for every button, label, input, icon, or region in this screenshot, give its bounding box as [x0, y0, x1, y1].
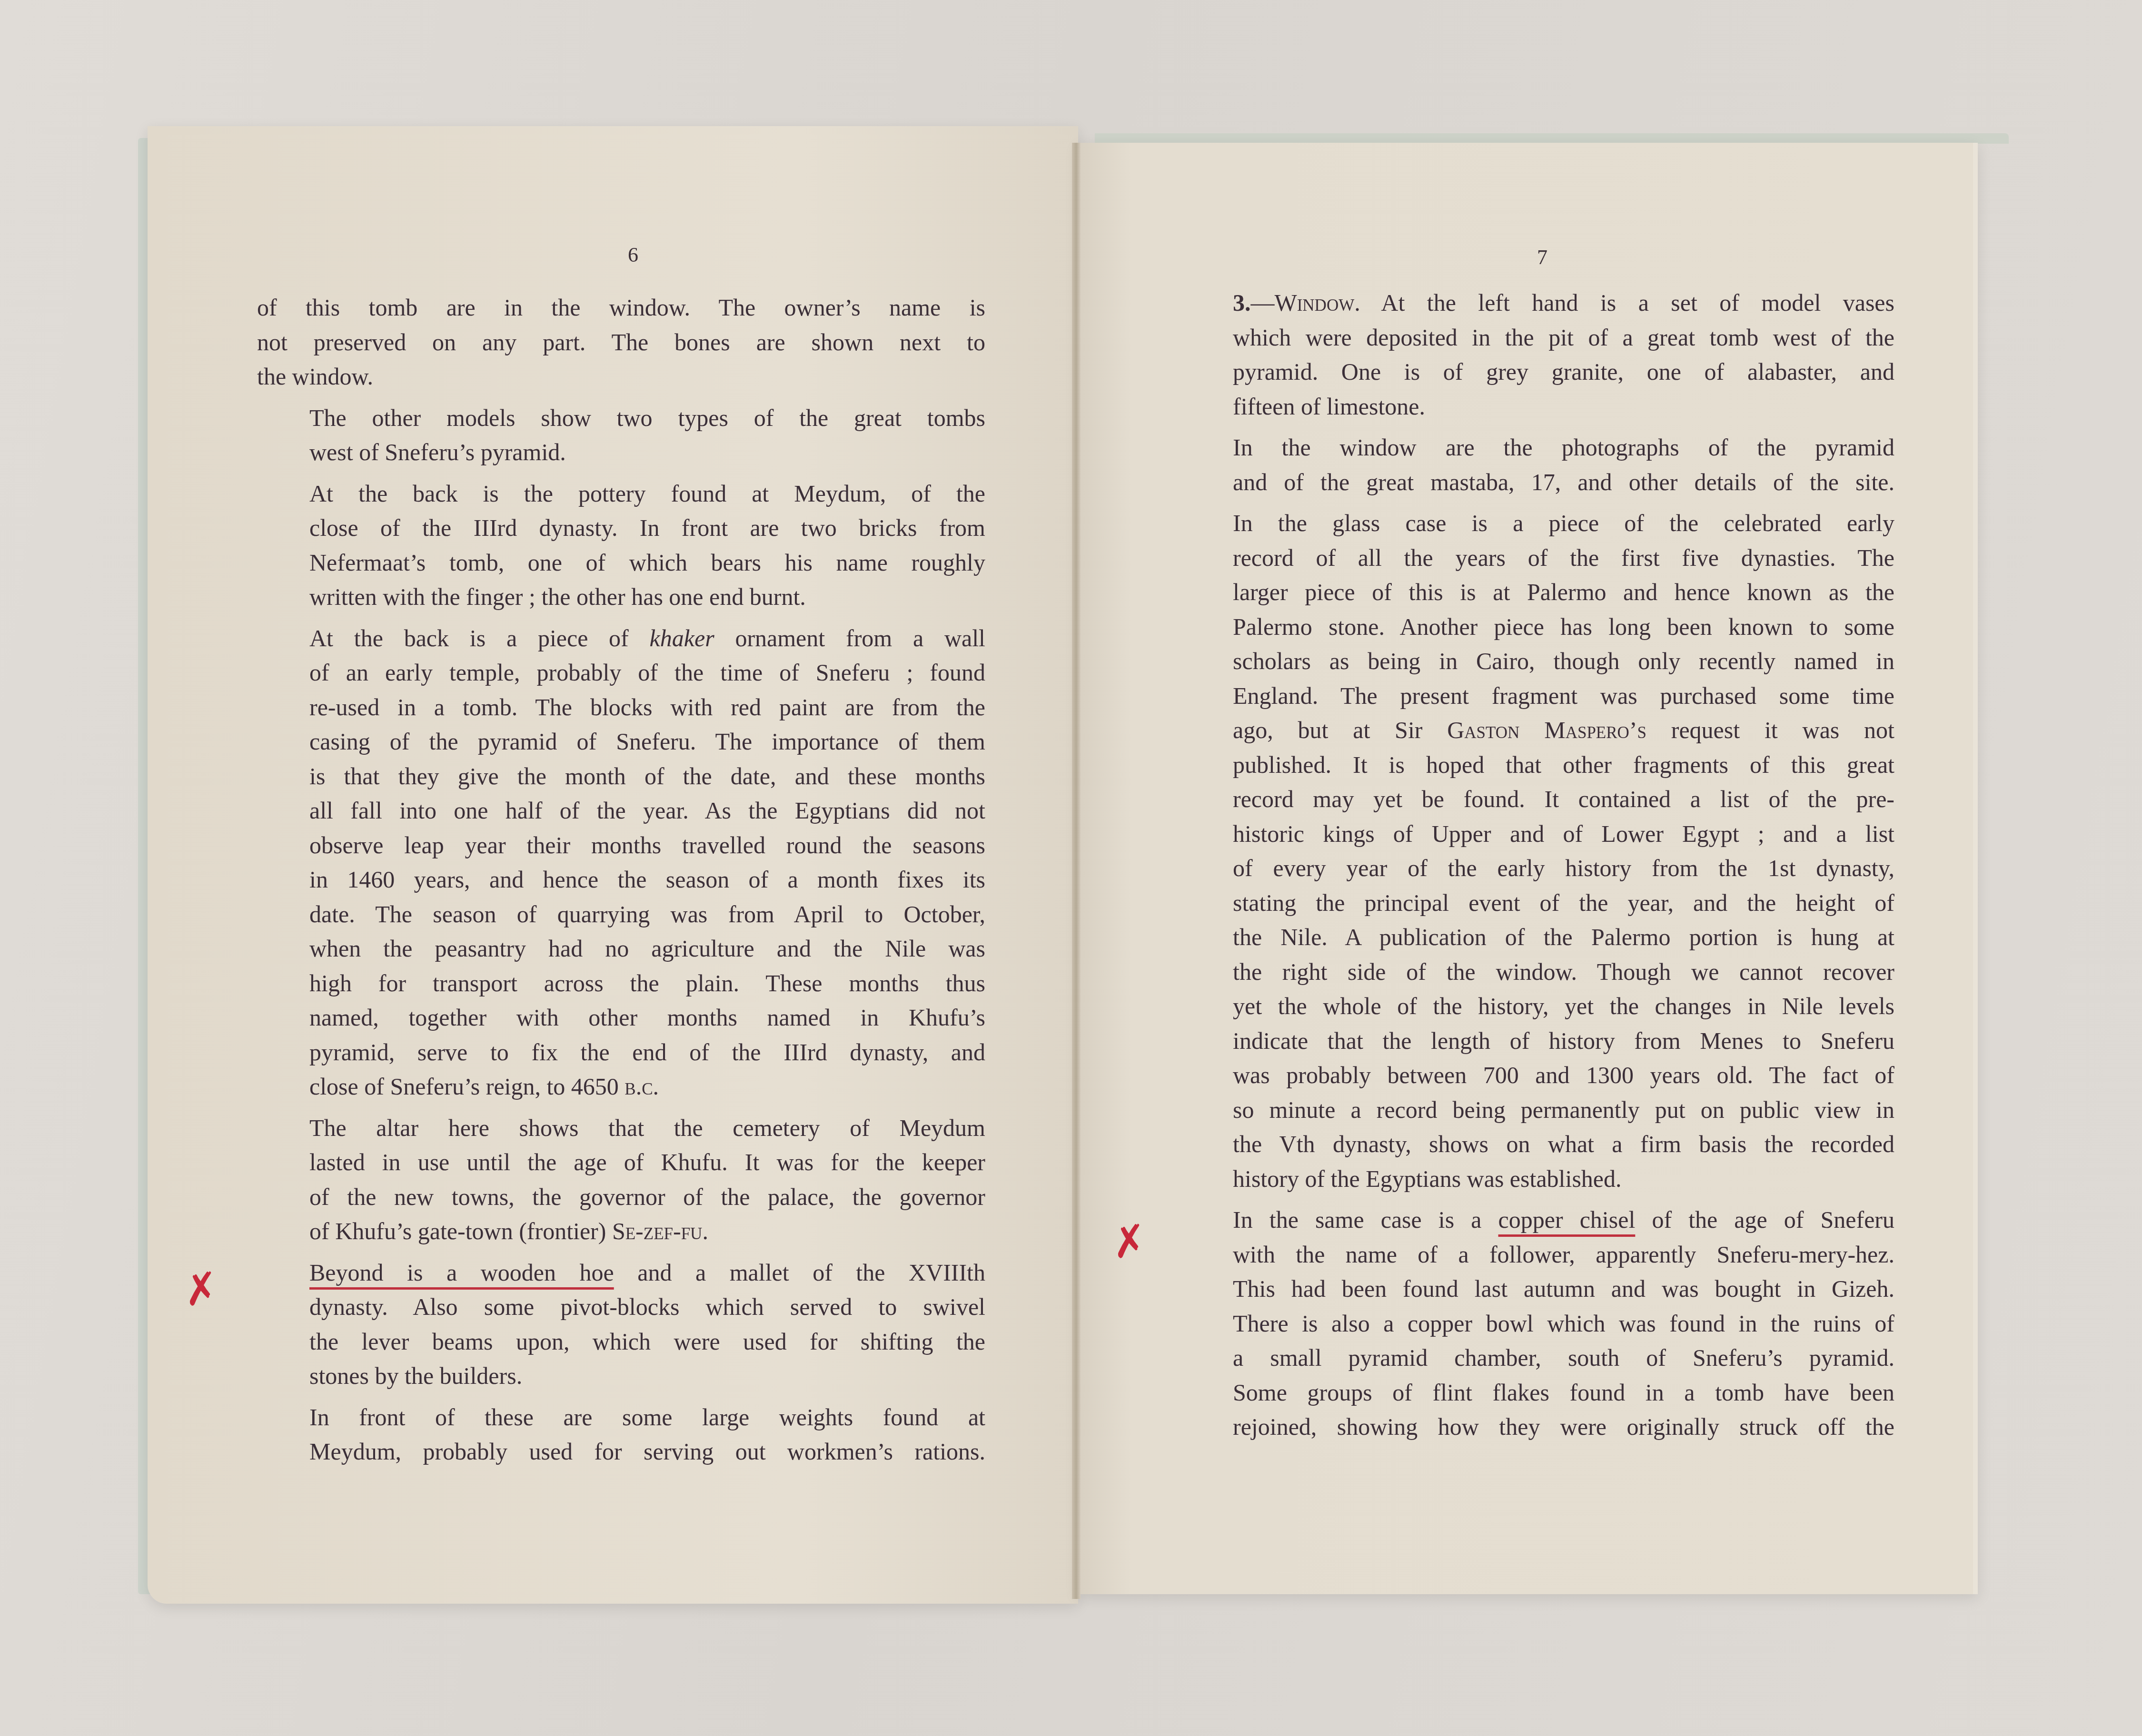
- text-line: stones by the builders.: [257, 1359, 985, 1393]
- text-line: 3.—Window. At the left hand is a set of …: [1180, 286, 1894, 320]
- text-line: of Khufu’s gate-town (frontier) Se-zef-f…: [257, 1214, 985, 1249]
- text-run: At the back is a piece of: [309, 625, 650, 651]
- text-line: pyramid, serve to fix the end of the III…: [257, 1035, 985, 1070]
- text-line: The other models show two types of the g…: [257, 401, 985, 435]
- paragraph: At the back is the pottery found at Meyd…: [257, 476, 985, 614]
- text-line: ago, but at Sir Gaston Maspero’s request…: [1180, 713, 1894, 748]
- text-line: when the peasantry had no agriculture an…: [257, 931, 985, 966]
- paragraph: In the same case is a copper chisel of t…: [1180, 1203, 1894, 1444]
- text-line: Meydum, probably used for serving out wo…: [257, 1434, 985, 1469]
- paragraph: At the back is a piece of khaker ornamen…: [257, 621, 985, 1104]
- paragraph: The altar here shows that the cemetery o…: [257, 1111, 985, 1249]
- paragraph: Beyond is a wooden hoe and a mallet of t…: [257, 1255, 985, 1393]
- text-line: dynasty. Also some pivot-blocks which se…: [257, 1290, 985, 1324]
- text-line: the Vth dynasty, shows on what a firm ba…: [1180, 1127, 1894, 1162]
- red-underline-annotation: Beyond is a wooden hoe: [309, 1259, 614, 1286]
- text-line: history of the Egyptians was established…: [1180, 1162, 1894, 1196]
- text-line: This had been found last autumn and was …: [1180, 1272, 1894, 1306]
- italic-term: khaker: [650, 625, 714, 651]
- text-line: west of Sneferu’s pyramid.: [257, 435, 985, 470]
- text-line: Palermo stone. Another piece has long be…: [1180, 610, 1894, 644]
- text-line: observe leap year their months travelled…: [257, 828, 985, 863]
- red-underline-annotation: copper chisel: [1498, 1206, 1636, 1233]
- text-line: of every year of the early history from …: [1180, 851, 1894, 886]
- text-line: historic kings of Upper and of Lower Egy…: [1180, 817, 1894, 851]
- text-run: and a mallet of the XVIIIth: [614, 1259, 985, 1286]
- text-line: not preserved on any part. The bones are…: [257, 325, 985, 360]
- text-line: At the back is a piece of khaker ornamen…: [257, 621, 985, 656]
- text-line: of the new towns, the governor of the pa…: [257, 1180, 985, 1214]
- text-run: At the left hand is a set of model vases: [1360, 289, 1894, 316]
- text-line: stating the principal event of the year,…: [1180, 886, 1894, 920]
- text-line: In the window are the photographs of the…: [1180, 430, 1894, 465]
- text-line: At the back is the pottery found at Meyd…: [257, 476, 985, 511]
- text-line: record may yet be found. It contained a …: [1180, 782, 1894, 817]
- text-line: pyramid. One is of grey granite, one of …: [1180, 355, 1894, 389]
- paragraph: In the glass case is a piece of the cele…: [1180, 506, 1894, 1196]
- left-page-text: of this tomb are in the window. The owne…: [257, 290, 985, 1476]
- text-line: In front of these are some large weights…: [257, 1400, 985, 1435]
- text-line: re-used in a tomb. The blocks with red p…: [257, 690, 985, 725]
- text-line: In the same case is a copper chisel of t…: [1180, 1203, 1894, 1237]
- text-line: There is also a copper bowl which was fo…: [1180, 1306, 1894, 1341]
- text-line: In the glass case is a piece of the cele…: [1180, 506, 1894, 541]
- text-run: ornament from a wall: [714, 625, 985, 651]
- text-run: of the age of Sneferu: [1635, 1206, 1894, 1233]
- text-line: rejoined, showing how they were original…: [1180, 1410, 1894, 1444]
- text-line: high for transport across the plain. The…: [257, 966, 985, 1001]
- page-number-right: 7: [1518, 245, 1566, 269]
- text-line: named, together with other months named …: [257, 1000, 985, 1035]
- text-line: yet the whole of the history, yet the ch…: [1180, 989, 1894, 1024]
- text-line: Some groups of flint flakes found in a t…: [1180, 1375, 1894, 1410]
- text-line: casing of the pyramid of Sneferu. The im…: [257, 724, 985, 759]
- right-page-text: 3.—Window. At the left hand is a set of …: [1180, 286, 1894, 1451]
- red-cross-mark-icon: ✗: [180, 1266, 222, 1313]
- small-caps-term: b.c.: [625, 1073, 659, 1100]
- text-line: was probably between 700 and 1300 years …: [1180, 1058, 1894, 1093]
- text-run: ago, but at Sir: [1233, 717, 1447, 743]
- text-line: lasted in use until the age of Khufu. It…: [257, 1145, 985, 1180]
- text-line: all fall into one half of the year. As t…: [257, 793, 985, 828]
- paragraph: In the window are the photographs of the…: [1180, 430, 1894, 499]
- text-line: a small pyramid chamber, south of Snefer…: [1180, 1341, 1894, 1375]
- text-run: close of Sneferu’s reign, to 4650: [309, 1073, 625, 1100]
- text-run: In the same case is a: [1233, 1206, 1498, 1233]
- paragraph: In front of these are some large weights…: [257, 1400, 985, 1469]
- text-line: larger piece of this is at Palermo and h…: [1180, 575, 1894, 610]
- text-line: and of the great mastaba, 17, and other …: [1180, 465, 1894, 500]
- paragraph: of this tomb are in the window. The owne…: [257, 290, 985, 394]
- text-line: in 1460 years, and hence the season of a…: [257, 862, 985, 897]
- text-line: close of the IIIrd dynasty. In front are…: [257, 511, 985, 545]
- text-line: The altar here shows that the cemetery o…: [257, 1111, 985, 1145]
- text-line: fifteen of limestone.: [1180, 389, 1894, 424]
- section-number: 3.: [1233, 289, 1251, 316]
- back-cover-edge-right: [1095, 133, 2009, 144]
- text-line: record of all the years of the first fiv…: [1180, 541, 1894, 575]
- small-caps-name: Se-zef-fu.: [612, 1218, 708, 1244]
- text-run: request it was not: [1646, 717, 1894, 743]
- text-line: Nefermaat’s tomb, one of which bears his…: [257, 545, 985, 580]
- small-caps-name: Gaston Maspero’s: [1447, 717, 1646, 743]
- page-number-left: 6: [609, 243, 657, 267]
- text-line: close of Sneferu’s reign, to 4650 b.c.: [257, 1069, 985, 1104]
- text-line: indicate that the length of history from…: [1180, 1024, 1894, 1058]
- book-gutter: [1072, 143, 1081, 1599]
- text-line: written with the finger ; the other has …: [257, 580, 985, 614]
- text-line: which were deposited in the pit of a gre…: [1180, 320, 1894, 355]
- text-line: the window.: [257, 359, 985, 394]
- section-title: —Window.: [1251, 289, 1360, 316]
- text-line: published. It is hoped that other fragme…: [1180, 748, 1894, 782]
- text-line: Beyond is a wooden hoe and a mallet of t…: [257, 1255, 985, 1290]
- text-line: England. The present fragment was purcha…: [1180, 679, 1894, 713]
- red-cross-mark-icon: ✗: [1109, 1218, 1150, 1266]
- text-line: date. The season of quarrying was from A…: [257, 897, 985, 932]
- text-run: of Khufu’s gate-town (frontier): [309, 1218, 612, 1244]
- text-line: the Nile. A publication of the Palermo p…: [1180, 920, 1894, 955]
- text-line: is that they give the month of the date,…: [257, 759, 985, 794]
- text-line: the lever beams upon, which were used fo…: [257, 1324, 985, 1359]
- text-line: scholars as being in Cairo, though only …: [1180, 644, 1894, 679]
- paragraph: The other models show two types of the g…: [257, 401, 985, 470]
- text-line: of this tomb are in the window. The owne…: [257, 290, 985, 325]
- text-line: the right side of the window. Though we …: [1180, 955, 1894, 989]
- text-line: of an early temple, probably of the time…: [257, 655, 985, 690]
- text-line: so minute a record being permanently put…: [1180, 1093, 1894, 1127]
- paragraph: 3.—Window. At the left hand is a set of …: [1180, 286, 1894, 424]
- text-line: with the name of a follower, apparently …: [1180, 1237, 1894, 1272]
